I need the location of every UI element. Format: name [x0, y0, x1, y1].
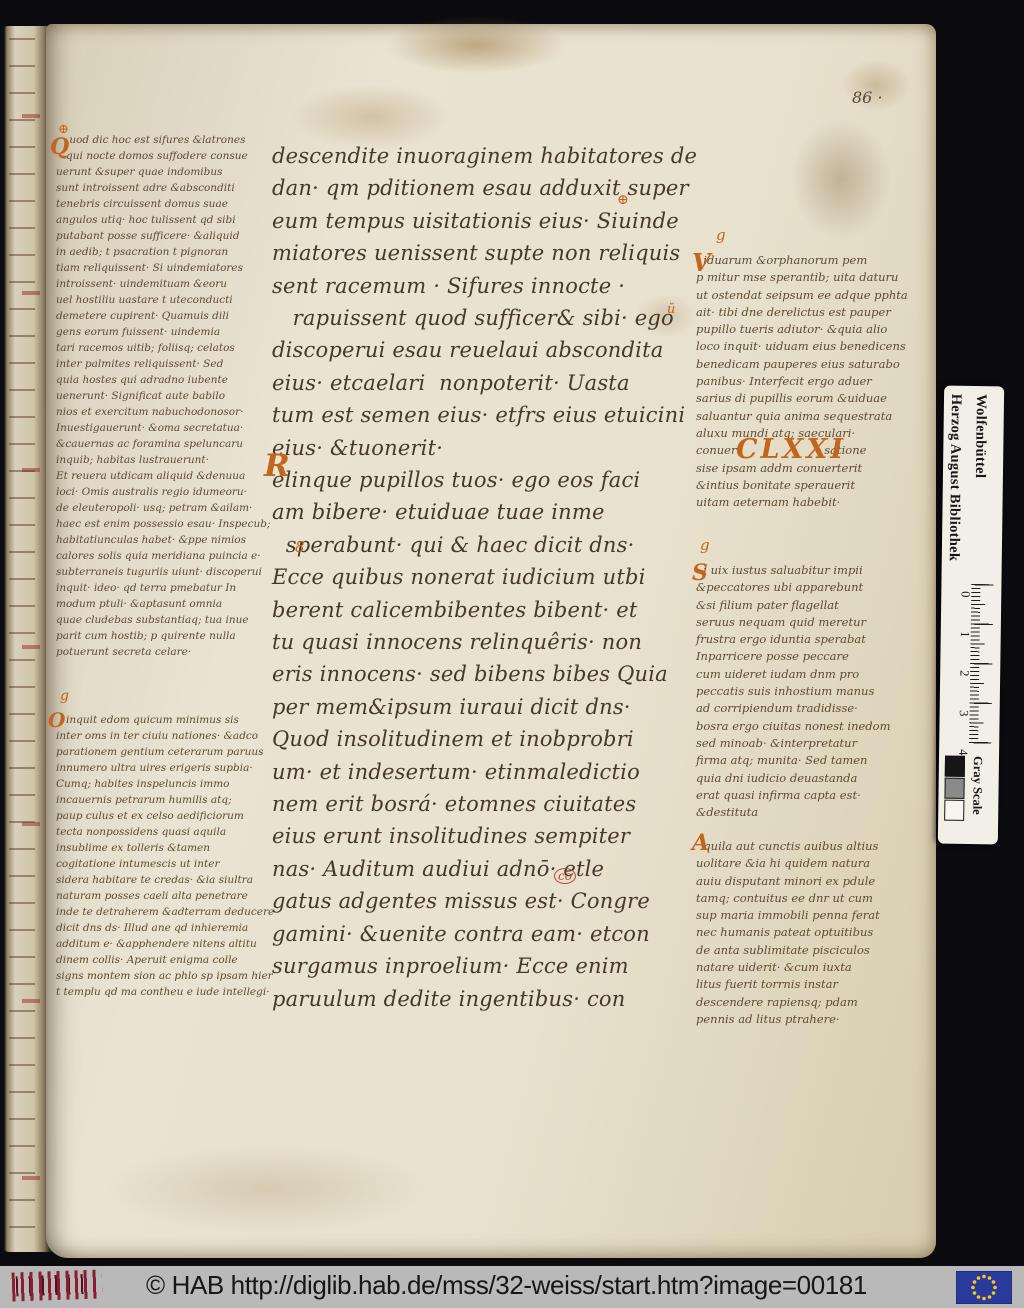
paragraph-mark-icon: g [700, 536, 710, 554]
text-line: tenebris circuissent domus suae [56, 196, 270, 212]
text-line: descendite inuoraginem habitatores de [272, 140, 696, 172]
text-line: &cauernas ac foramina speluncaru [56, 436, 270, 452]
text-line: inter oms in ter ciuiu nationes· &adco [56, 728, 270, 744]
text-line: 3 [931, 709, 971, 723]
text-line: dan· qm pditionem esau adduxit super [272, 172, 696, 204]
text-line: loco inquit· uiduam eius benedicens [696, 338, 934, 355]
text-line: eum tempus uisitationis eius· Siuinde [272, 205, 696, 237]
text-line: tum est semen eius· etfrs eius etuicini [272, 399, 696, 431]
text-line: descendere rapiensq; pdam [696, 994, 934, 1011]
ruler-tick-marks [969, 584, 997, 744]
text-line: quila aut cunctis auibus altius [696, 838, 934, 855]
text-line: sperabunt· qui & haec dicit dns· [272, 529, 696, 561]
text-line: frustra ergo iduntia sperabat [696, 631, 934, 648]
ruler-library-city: Wolfenbüttel [971, 394, 989, 478]
text-line: surgamus inproelium· Ecce enim [272, 950, 696, 982]
text-line: habitatiunculas habet· &ppe nimios [56, 532, 270, 548]
text-line: putabant posse sufficere· &aliquid [56, 228, 270, 244]
text-line: iduarum &orphanorum pem [696, 252, 934, 269]
eu-flag-icon [956, 1271, 1012, 1304]
text-line: introissent· uindemituam &eoru [56, 276, 270, 292]
paragraph-mark-icon: g [60, 688, 69, 704]
text-line: &destituta [696, 804, 934, 821]
text-line: ait· tibi dne derelictus est pauper [696, 304, 934, 321]
text-line: natare uiderit· &cum iuxta [696, 959, 934, 976]
text-line: inquit edom quicum minimus sis [56, 712, 270, 728]
text-line: haec est enim possessio esau· Inspecub; [56, 516, 270, 532]
stain [791, 119, 891, 239]
copyright-caption: © HAB http://diglib.hab.de/mss/32-weiss/… [146, 1270, 867, 1301]
text-line: conuer satione [696, 442, 934, 459]
right-margin-gloss-block-2: i uix iustus saluabitur impii&peccatores… [696, 562, 934, 821]
swatch-gray [944, 778, 964, 799]
text-line: calores solis quia meridiana puincia e· [56, 548, 270, 564]
text-line: tiam reliquissent· Si uindemiatores [56, 260, 270, 276]
text-line: paup culus et ex celso aedificiorum [56, 808, 270, 824]
text-line: eius erunt insolitudines sempiter [272, 820, 696, 852]
text-line: bosra ergo ciuitas nonest inedom [696, 718, 934, 735]
color-scale-ruler: Herzog August Bibliothek Wolfenbüttel 01… [938, 386, 1004, 845]
text-line: tari racemos uitib; foliisq; celatos [56, 340, 270, 356]
text-line: parationem gentium ceterarum paruus [56, 744, 270, 760]
text-line: seruus nequam quid meretur [696, 614, 934, 631]
text-line: per mem&ipsum iuraui dicit dns· [272, 691, 696, 723]
text-line: &intius bonitate sperauerit [696, 477, 934, 494]
text-line: erat quasi infirma capta est· [696, 787, 934, 804]
text-line: Inparricere posse peccare [696, 648, 934, 665]
text-line: Quod insolitudinem et inobprobri [272, 723, 696, 755]
facing-page-edge [0, 26, 52, 1252]
text-line: cum uideret iudam dnm pro [696, 666, 934, 683]
text-line: gamini· &uenite contra eam· etcon [272, 918, 696, 950]
text-line: quia dni iudicio deuastanda [696, 770, 934, 787]
text-line: nas· Auditum audiui adnō· etle [272, 853, 696, 885]
text-line: berent calicembibentes bibent· et [272, 594, 696, 626]
text-line: modum ptuli· &aptasunt omnia [56, 596, 270, 612]
text-line: gens eorum fuissent· uindemia [56, 324, 270, 340]
text-line: nec humanis pateat optuitibus [696, 924, 934, 941]
text-line: aluxu mundi atq; saeculari· [696, 425, 934, 442]
text-line: angulos utiq· hoc tulissent qd sibi [56, 212, 270, 228]
text-line: inter palmites reliquissent· Sed [56, 356, 270, 372]
text-line: signs montem sion ac phlo sp ipsam hier [56, 968, 270, 984]
text-line: insublime ex tolleris &tamen [56, 840, 270, 856]
text-line: naturam posses caeli alta penetrare [56, 888, 270, 904]
text-line: in aedib; t psacration t pignoran [56, 244, 270, 260]
text-line: 1 [932, 630, 972, 644]
text-line: sise ipsam addm conuerterit [696, 460, 934, 477]
text-line: nem erit bosrá· etomnes ciuitates [272, 788, 696, 820]
text-line: &peccatores ubi apparebunt [696, 579, 934, 596]
ruler-library-name: Herzog August Bibliothek [945, 394, 964, 562]
text-line: ad corripiendum tradidisse· [696, 700, 934, 717]
text-line: eius· etcaelari nonpoterit· Uasta [272, 367, 696, 399]
digitized-manuscript-photo: 86 · uod dic hoc est sifures &latrones q… [0, 0, 1024, 1308]
text-line: &si filium pater flagellat [696, 597, 934, 614]
text-line: uenerunt· Significat aute babilo [56, 388, 270, 404]
text-line: incauernis petrarum humilis atq; [56, 792, 270, 808]
text-line: sed minoab· &interpretatur [696, 735, 934, 752]
text-line: Inuestigauerunt· &oma secretatua· [56, 420, 270, 436]
text-line: uerunt &super quae indomibus [56, 164, 270, 180]
text-line: nios et exercitum nabuchodonosor· [56, 404, 270, 420]
text-line: rapuissent quod sufficer& sibi· ego [272, 302, 696, 334]
text-line: 2 [932, 670, 972, 684]
left-margin-gloss-block-2: inquit edom quicum minimus sisinter oms … [56, 712, 270, 1000]
stain [386, 16, 566, 74]
text-line: auiu disputant minori ex pdule [696, 873, 934, 890]
text-line: uel hostiliu uastare t uteconducti [56, 292, 270, 308]
text-line: p mitur mse sperantib; uita daturu [696, 269, 934, 286]
footer-bar: © HAB http://diglib.hab.de/mss/32-weiss/… [0, 1266, 1024, 1308]
text-line: panibus· Interfecit ergo aduer [696, 373, 934, 390]
text-line: loci· Omis australis regio idumeoru· [56, 484, 270, 500]
text-line: am bibere· etuiduae tuae inme [272, 496, 696, 528]
text-line: tu quasi innocens relinquêris· non [272, 626, 696, 658]
folio-number: 86 · [852, 88, 883, 107]
color-control-icon [12, 1269, 103, 1301]
text-line: pennis ad litus ptrahere· [696, 1011, 934, 1028]
swatch-black [945, 756, 965, 777]
text-line: uitam aeternam habebit· [696, 494, 934, 511]
text-line: Et reuera utdicam aliquid &denuua [56, 468, 270, 484]
text-line: demetere cupirent· Quamuis dili [56, 308, 270, 324]
text-line: quae cludebas substantiaq; tua inue [56, 612, 270, 628]
text-line: gatus adgentes missus est· Congre [272, 885, 696, 917]
text-line: inquib; habitas lustrauerunt· [56, 452, 270, 468]
text-line: Ecce quibus nonerat iudicium utbi [272, 561, 696, 593]
right-margin-gloss-block-1: iduarum &orphanorum pemp mitur mse spera… [696, 252, 934, 511]
text-line: inquit· ideo· qd terra pmebatur In [56, 580, 270, 596]
stain [106, 1144, 426, 1234]
text-line: 0 [933, 591, 973, 605]
gray-scale-swatches [944, 756, 965, 822]
gray-scale-label: Gray Scale [969, 756, 985, 815]
text-line: eris innocens· sed bibens bibes Quia [272, 658, 696, 690]
text-line: qui nocte domos suffodere consue [56, 148, 270, 164]
text-line: paruulum dedite ingentibus· con [272, 983, 696, 1015]
text-line: firma atq; munita· Sed tamen [696, 752, 934, 769]
text-line: t templu qd ma contheu e iude intellegi· [56, 984, 270, 1000]
text-line: ut ostendat seipsum ee adque pphta [696, 287, 934, 304]
text-line: parit cum hostib; p quirente nulla [56, 628, 270, 644]
text-line: additum e· &apphendere nitens altitu [56, 936, 270, 952]
text-line: subterraneis tuguriis uiunt· discoperui [56, 564, 270, 580]
text-line: sarius di pupillis eorum &uiduae [696, 390, 934, 407]
text-line: de eleuteropoli· usq; petram &ailam· [56, 500, 270, 516]
text-line: benedicam pauperes eius saturabo [696, 356, 934, 373]
text-line: de anta sublimitate pisciculos [696, 942, 934, 959]
right-margin-gloss-block-3: quila aut cunctis auibus altiusuolitare … [696, 838, 934, 1028]
text-line: sent racemum · Sifures innocte · [272, 270, 696, 302]
text-line: dinem collis· Aperuit enigma colle [56, 952, 270, 968]
text-line: eius· &tuonerit· [272, 432, 696, 464]
text-line: elinque pupillos tuos· ego eos faci [272, 464, 696, 496]
text-line: sup maria immobili penna ferat [696, 907, 934, 924]
text-line: miatores uenissent supte non reliquis [272, 237, 696, 269]
text-line: quia hostes qui adradno iubente [56, 372, 270, 388]
text-line: litus fuerit torrnis instar [696, 976, 934, 993]
text-line: dicit dns ds· Illud ane qd inhieremia [56, 920, 270, 936]
text-line: cogitatione intumescis ut inter [56, 856, 270, 872]
text-line: peccatis suis inhostium manus [696, 683, 934, 700]
text-line: innumero ultra uires erigeris supbia· [56, 760, 270, 776]
manuscript-page: 86 · uod dic hoc est sifures &latrones q… [46, 24, 936, 1258]
text-line: potuerunt secreta celare· [56, 644, 270, 660]
text-line: discoperui esau reuelaui abscondita [272, 334, 696, 366]
main-text-block-1: descendite inuoraginem habitatores dedan… [272, 140, 696, 464]
text-line: tecta nonpossidens quasi aquila [56, 824, 270, 840]
main-text-block-2: elinque pupillos tuos· ego eos faciam bi… [272, 464, 696, 1015]
text-line: uod dic hoc est sifures &latrones [56, 132, 270, 148]
ruler-scale-numbers: 01234 [944, 578, 960, 776]
text-line: saluantur quia anima sequestrata [696, 408, 934, 425]
text-line: i uix iustus saluabitur impii [696, 562, 934, 579]
text-line: Cumq; habites inspeluncis immo [56, 776, 270, 792]
text-line: inde te detraherem &adterram deducere [56, 904, 270, 920]
text-line: sunt introissent adre &absconditi [56, 180, 270, 196]
text-line: uolitare &ia hi quidem natura [696, 855, 934, 872]
text-line: tamq; contuitus ee dnr ut cum [696, 890, 934, 907]
rubric-flourish-icon: g [716, 226, 726, 244]
swatch-white [944, 800, 964, 821]
text-line: sidera habitare te credas· &ia siultra [56, 872, 270, 888]
left-margin-gloss-block-1: uod dic hoc est sifures &latrones qui no… [56, 132, 270, 660]
text-line: pupillo tueris adiutor· &quia alio [696, 321, 934, 338]
text-line: um· et indesertum· etinmaledictio [272, 756, 696, 788]
